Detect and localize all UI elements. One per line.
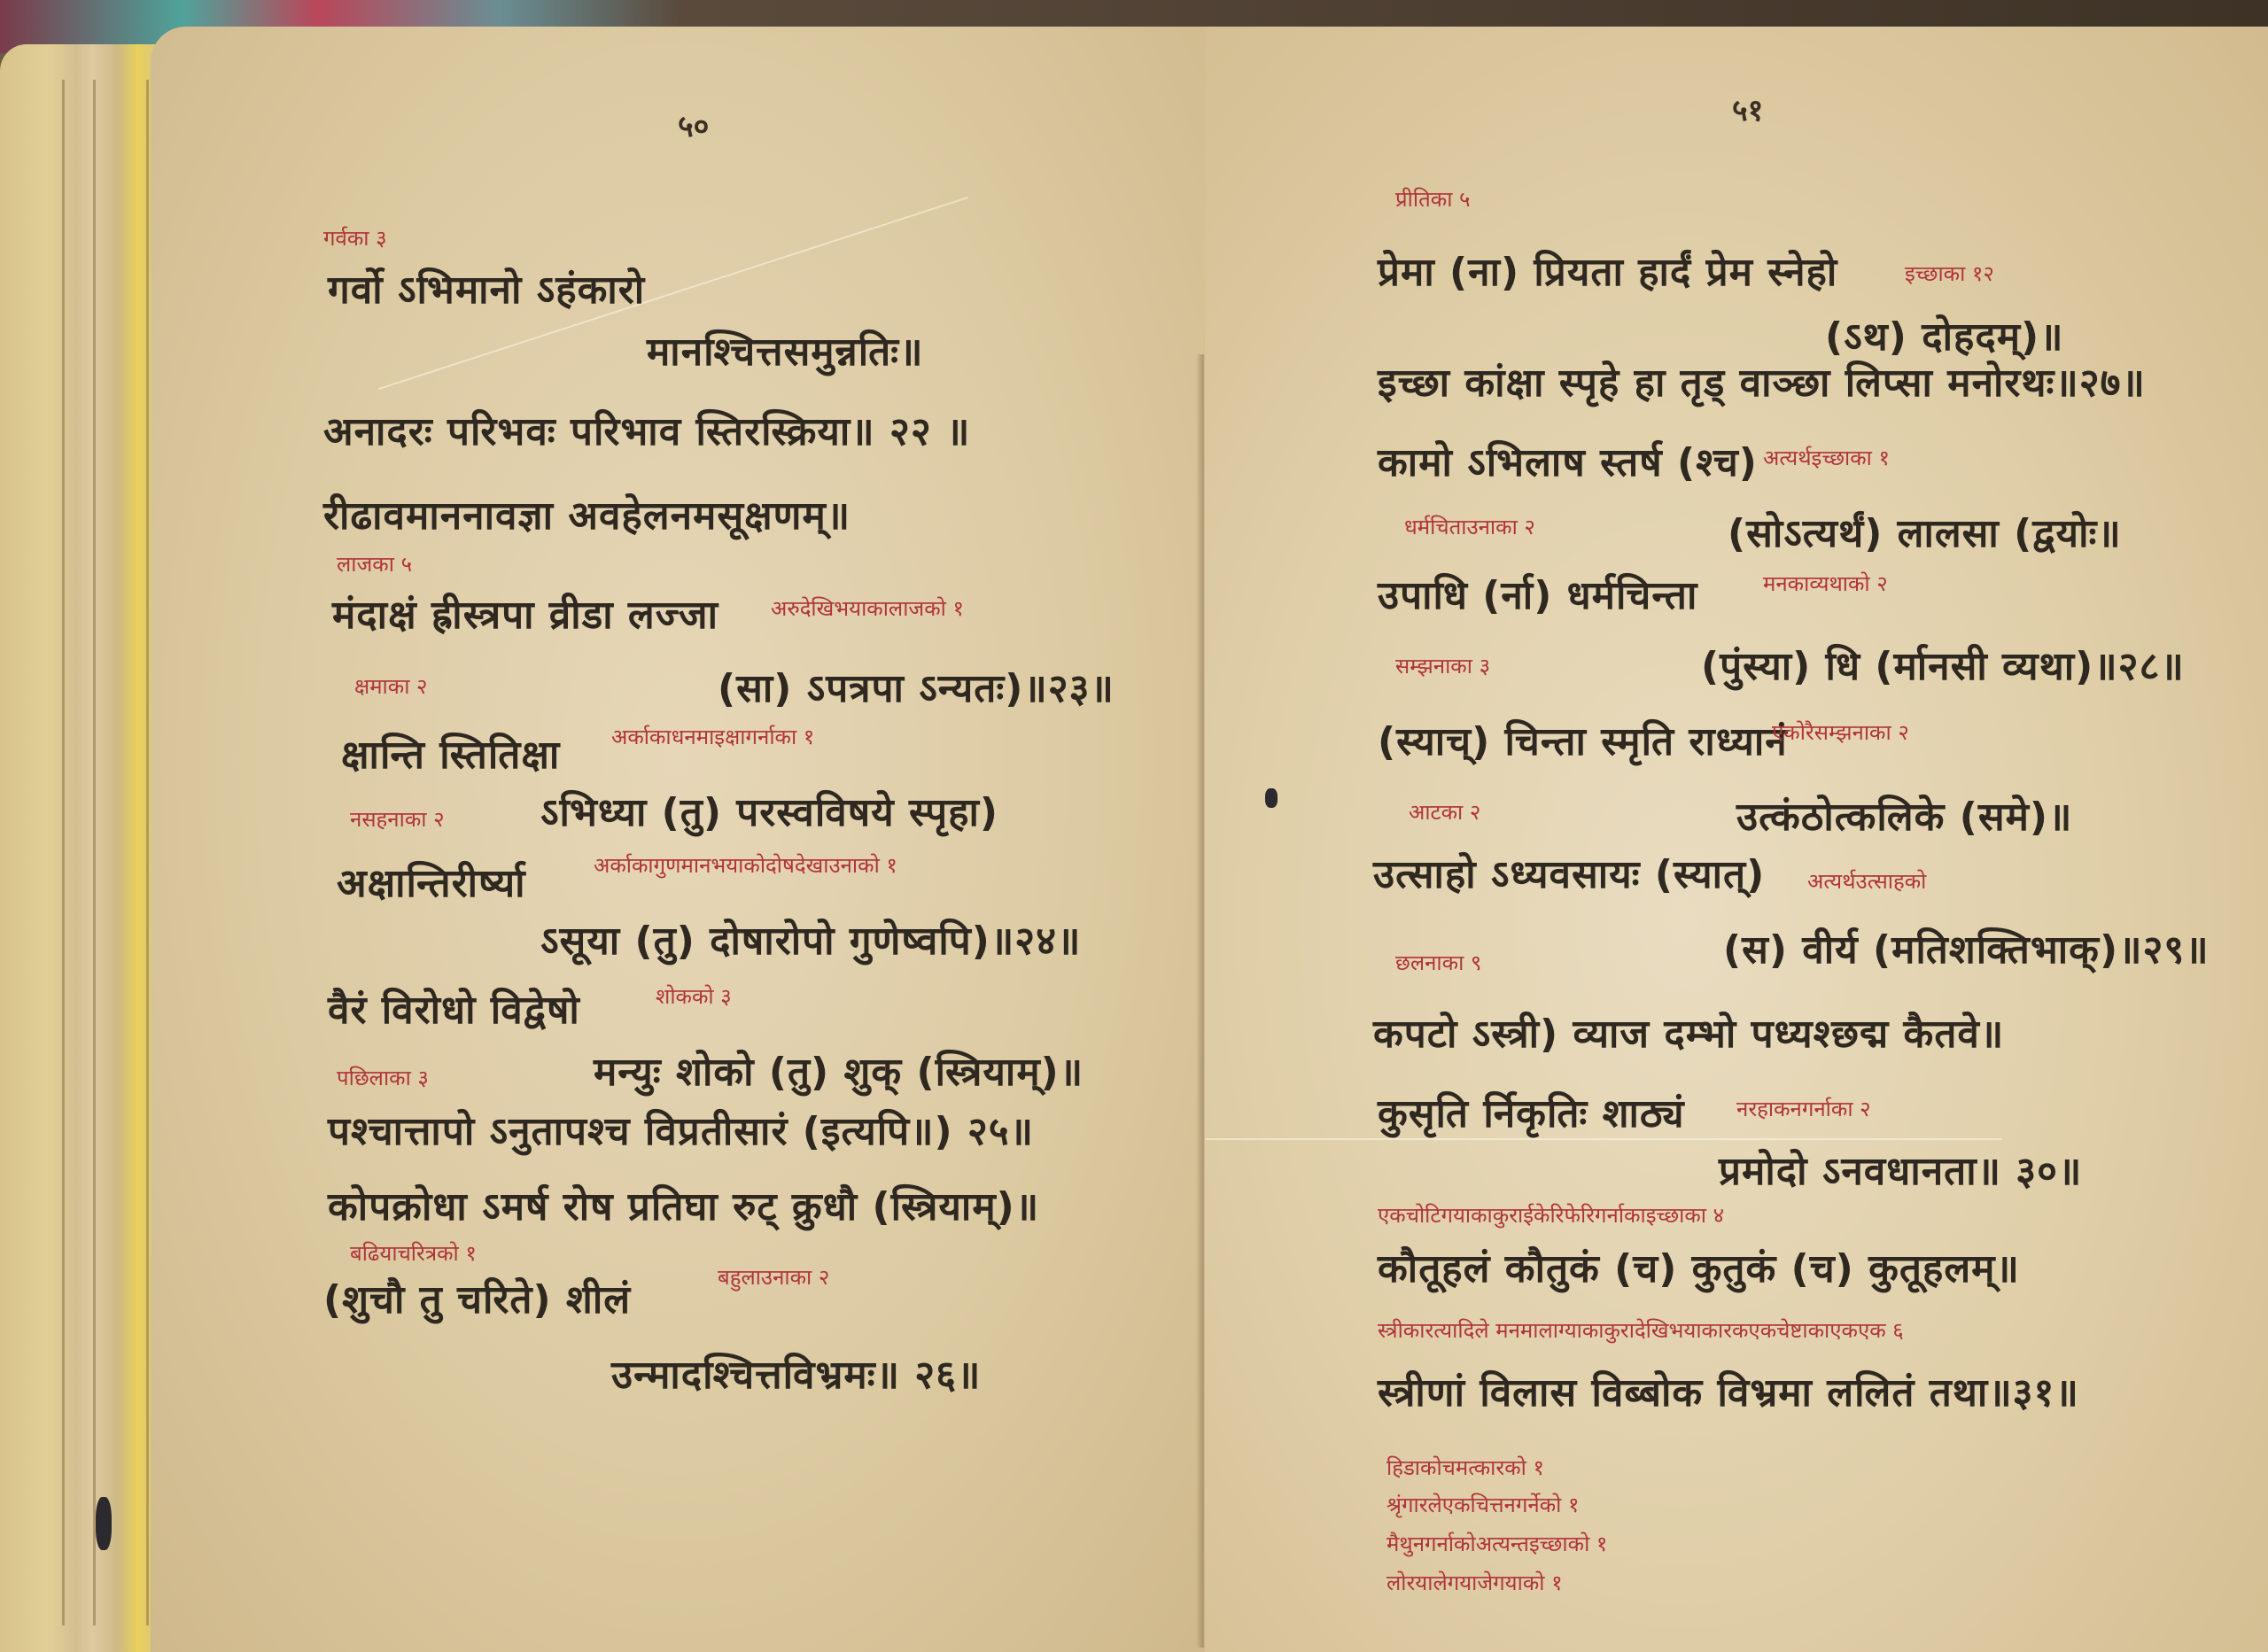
verse-line: मानश्चित्तसमुन्नतिः॥ bbox=[647, 323, 923, 376]
page-stack-edges bbox=[0, 44, 168, 1652]
page-number: ५१ bbox=[1732, 89, 1763, 129]
gloss-heading: नरहाकनगर्नाका २ bbox=[1736, 1094, 1871, 1123]
gloss-note: हिडाकोचमत्कारको १ bbox=[1386, 1453, 1544, 1482]
gloss-note: लोरयालेगयाजेगयाको १ bbox=[1386, 1568, 1563, 1597]
gloss-heading: एकोरैसम्झनाका २ bbox=[1772, 717, 1909, 747]
verse-line: क्षान्ति स्तितिक्षा bbox=[341, 726, 560, 779]
gloss-note: श्रृंगारलेएकचित्तनगर्नेको १ bbox=[1386, 1490, 1579, 1519]
gloss-heading: एकचोटिगयाकाकुराईकेरिफेरिगर्नाकाइच्छाका ४ bbox=[1378, 1200, 1724, 1229]
verse-line: (सोऽत्यर्थं) लालसा (द्वयोः॥ bbox=[1728, 505, 2122, 558]
leaf-edge bbox=[93, 80, 96, 1625]
gloss-heading: अत्यर्थइच्छाका १ bbox=[1763, 443, 1890, 472]
left-page: ५० गर्वका ३ गर्वो ऽभिमानो ऽहंकारो मानश्च… bbox=[151, 27, 1205, 1652]
leaf-edge bbox=[146, 80, 149, 1625]
gloss-note: अर्काकागुणमानभयाकोदोषदेखाउनाको १ bbox=[594, 850, 897, 880]
verse-line: उपाधि (र्ना) धर्मचिन्ता bbox=[1378, 567, 1697, 620]
verse-line: रीढावमाननावज्ञा अवहेलनमसूक्षणम्॥ bbox=[323, 487, 850, 540]
gloss-heading: आटका २ bbox=[1409, 797, 1480, 826]
right-page: ५१ प्रीतिका ५ प्रेमा (ना) प्रियता हार्दं… bbox=[1205, 27, 2268, 1652]
gloss-heading: लाजका ५ bbox=[337, 549, 412, 578]
gloss-heading: क्षमाका २ bbox=[354, 671, 428, 701]
verse-line: प्रमोदो ऽनवधानता॥ ३०॥ bbox=[1719, 1143, 2082, 1196]
gloss-heading: अत्यर्थउत्साहको bbox=[1807, 866, 1926, 896]
open-manuscript-book: ५० गर्वका ३ गर्वो ऽभिमानो ऽहंकारो मानश्च… bbox=[0, 18, 2268, 1652]
verse-line: (शुचौ तु चरिते) शीलं bbox=[323, 1271, 631, 1324]
verse-line: ऽसूया (तु) दोषारोपो गुणेष्वपि)॥२४॥ bbox=[540, 912, 1081, 966]
verse-line: (स) वीर्य (मतिशक्तिभाक्)॥२९॥ bbox=[1723, 921, 2210, 974]
gloss-note: अरुदेखिभयाकालाजको १ bbox=[771, 593, 964, 623]
ink-spot bbox=[1265, 788, 1278, 808]
ink-stain bbox=[96, 1497, 112, 1550]
gloss-heading: इच्छाका १२ bbox=[1905, 259, 1994, 288]
gloss-heading: छलनाका ९ bbox=[1395, 948, 1481, 977]
verse-line: उत्कंठोत्कलिके (समे)॥ bbox=[1736, 788, 2072, 842]
verse-line: मन्युः शोको (तु) शुक् (स्त्रियाम्)॥ bbox=[594, 1043, 1084, 1097]
gloss-note: मैथुनगर्नाकोअत्यन्तइच्छाको १ bbox=[1386, 1529, 1607, 1558]
verse-line: ऽभिध्या (तु) परस्वविषये स्पृहा) bbox=[540, 784, 998, 837]
verse-line: (पुंस्या) धि (र्मानसी व्यथा)॥२८॥ bbox=[1701, 638, 2185, 691]
verse-line: अक्षान्तिरीर्ष्या bbox=[337, 855, 526, 908]
verse-line: इच्छा कांक्षा स्पृहे हा तृड् वाञ्छा लिप्… bbox=[1378, 354, 2146, 407]
verse-line: उत्साहो ऽध्यवसायः (स्यात्) bbox=[1373, 846, 1765, 899]
leaf-edge bbox=[62, 80, 65, 1625]
gloss-heading: प्रीतिका ५ bbox=[1395, 184, 1471, 213]
gloss-heading: पछिलाका ३ bbox=[337, 1063, 429, 1092]
verse-line: (ऽथ) दोहदम्)॥ bbox=[1825, 308, 2063, 361]
gloss-heading: नसहनाका २ bbox=[350, 804, 445, 834]
gloss-heading: बढियाचरित्रको १ bbox=[350, 1238, 477, 1268]
gloss-heading: बहुलाउनाका २ bbox=[718, 1262, 829, 1291]
gloss-heading: शोकको ३ bbox=[656, 981, 732, 1011]
verse-line: (सा) ऽपत्रपा ऽन्यतः)॥२३॥ bbox=[718, 660, 1115, 713]
verse-line: कौतूहलं कौतुकं (च) कुतुकं (च) कुतूहलम्॥ bbox=[1378, 1240, 2020, 1293]
gloss-heading: धर्मचिताउनाका २ bbox=[1404, 512, 1535, 541]
page-number: ५० bbox=[678, 105, 709, 145]
verse-line: कपटो ऽस्त्री) व्याज दम्भो पध्यश्छद्म कैत… bbox=[1373, 1005, 2004, 1059]
gloss-heading: स्त्रीकारत्यादिले मनमालाग्याकाकुरादेखिभय… bbox=[1378, 1315, 1904, 1345]
gloss-heading: गर्वका ३ bbox=[323, 223, 387, 252]
verse-line: प्रेमा (ना) प्रियता हार्दं प्रेम स्नेहो bbox=[1378, 244, 1837, 297]
verse-line: पश्चात्तापो ऽनुतापश्च विप्रतीसारं (इत्यप… bbox=[328, 1103, 1034, 1156]
paper-crease bbox=[1205, 1138, 2002, 1140]
verse-line: कामो ऽभिलाष स्तर्ष (श्च) bbox=[1378, 434, 1758, 487]
gloss-note: अर्काकाधनमाइक्षागर्नाका १ bbox=[611, 722, 814, 751]
verse-line: कोपक्रोधा ऽमर्ष रोष प्रतिघा रुट् क्रुधौ … bbox=[328, 1178, 1039, 1231]
verse-line: उन्मादश्चित्तविभ्रमः॥ २६॥ bbox=[611, 1346, 981, 1400]
verse-line: वैरं विरोधो विद्वेषो bbox=[328, 981, 580, 1035]
verse-line: (स्याच्) चिन्ता स्मृति राध्यानं bbox=[1378, 713, 1788, 766]
gloss-heading: मनकाव्यथाको २ bbox=[1763, 569, 1888, 598]
verse-line: अनादरः परिभवः परिभाव स्तिरस्क्रिया॥ २२ ॥ bbox=[323, 403, 970, 456]
verse-line: गर्वो ऽभिमानो ऽहंकारो bbox=[328, 261, 645, 314]
verse-line: मंदाक्षं ह्रीस्त्रपा व्रीडा लज्जा bbox=[332, 586, 718, 640]
verse-line: कुसृति र्निकृतिः शाठ्यं bbox=[1378, 1085, 1685, 1138]
verse-line: स्त्रीणां विलास विब्बोक विभ्रमा ललितं तथ… bbox=[1378, 1364, 2079, 1417]
gloss-heading: सम्झनाका ३ bbox=[1395, 651, 1490, 680]
